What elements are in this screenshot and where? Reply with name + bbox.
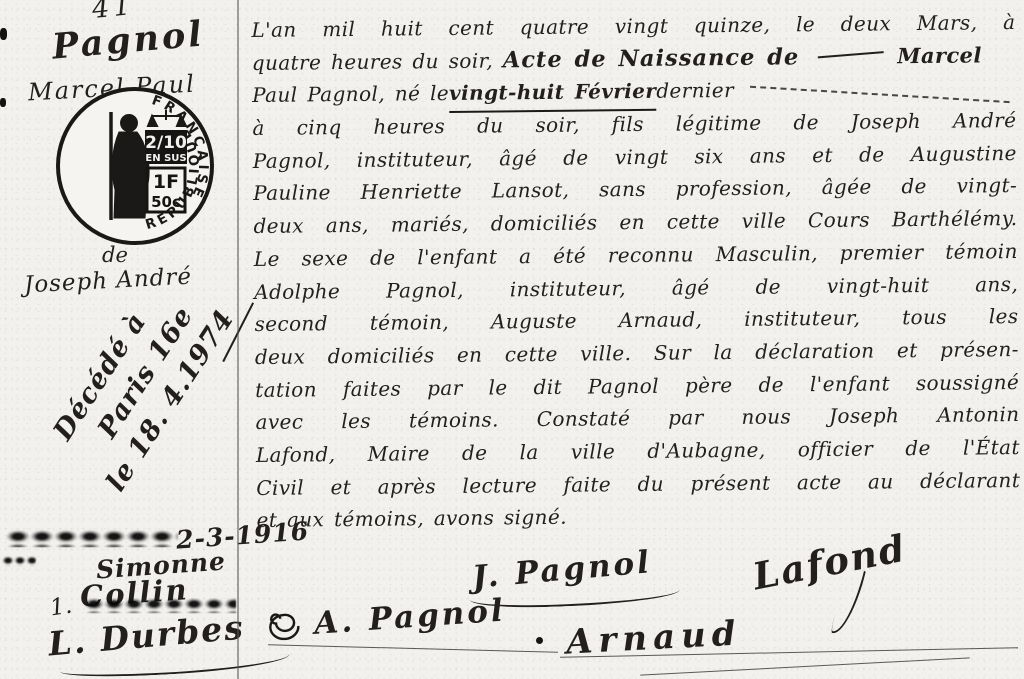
filiation-prefix: de — [102, 243, 128, 267]
margin-surname: Pagnol — [51, 13, 207, 67]
illegible-stamp-smudge — [6, 530, 178, 547]
act-line3-pre: Paul Pagnol, né le — [252, 77, 449, 112]
stamp-value-cents: 50c — [151, 193, 181, 211]
witness1-name: A. Pagnol — [313, 593, 507, 642]
mayor-signature: Lafond — [749, 526, 910, 599]
stamp-surcharge-label: EN SUS — [145, 153, 186, 164]
ink-smudge — [2, 556, 36, 566]
act-line2-pre: quatre heures du soir, — [252, 44, 494, 79]
marginal-note-prefix: 1. — [48, 593, 73, 622]
act-line: et aux témoins, avons signé. — [256, 496, 1020, 537]
marginal-note-signature: L. Durbes — [47, 607, 246, 663]
pen-flourish — [750, 75, 1010, 102]
ink-smudge — [0, 98, 6, 107]
act-body-text: L'an mil huit cent quatre vingt quinze, … — [251, 6, 1020, 537]
witness-signature-left: A. Pagnol — [261, 592, 507, 647]
revenue-stamp-seal: RÉPUBLIQUE FRANÇAISE 2/10 EN SUS 1F 50c — [55, 86, 215, 246]
act-title: Acte de Naissance de — [503, 41, 800, 77]
ink-dot — [536, 637, 543, 644]
stamp-surcharge: 2/10 — [145, 133, 187, 153]
spiral-paraph-icon — [261, 605, 310, 646]
filler-dash — [817, 51, 883, 58]
birth-record-page: 41 Pagnol Marcel Paul RÉPUBLIQUE FRANÇAI… — [0, 0, 1024, 679]
margin-rule-line — [237, 0, 239, 679]
stamp-value-francs: 1F — [153, 171, 179, 193]
pen-hairline — [640, 657, 970, 675]
death-annotation: Décédé à Paris 16e le 18. 4.1974 — [46, 218, 273, 486]
act-line3-post: dernier — [656, 74, 734, 108]
ink-smudge — [0, 28, 7, 40]
pen-hairline — [268, 644, 558, 653]
child-first-name: Marcel — [897, 39, 982, 73]
father-signature: J. Pagnol — [471, 544, 654, 596]
